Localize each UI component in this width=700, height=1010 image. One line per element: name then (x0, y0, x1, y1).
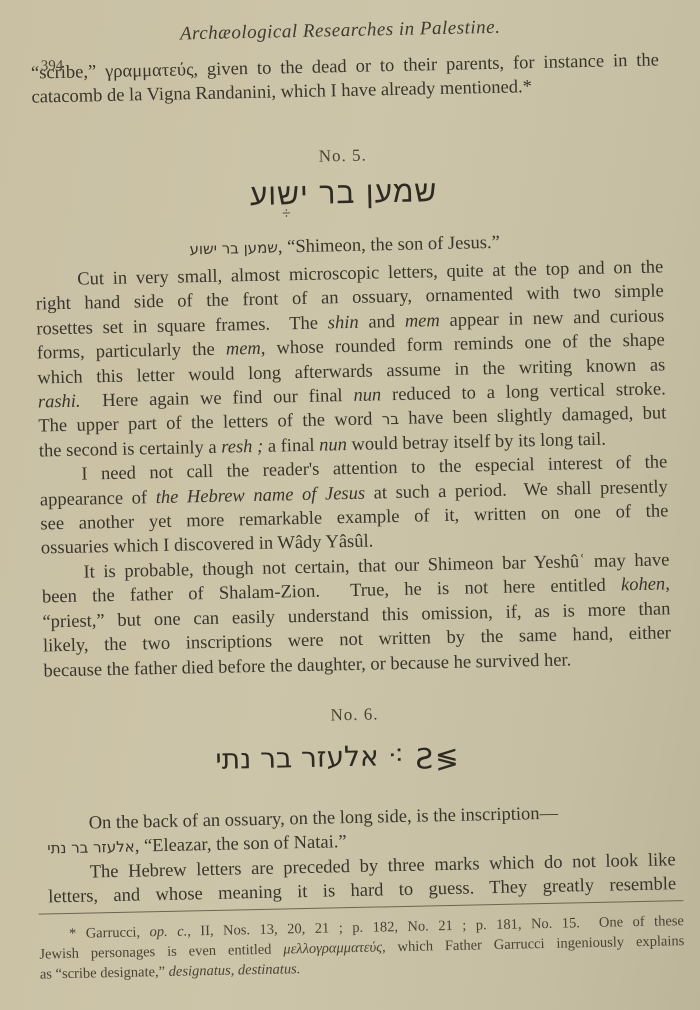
book-page: Archæological Researches in Palestine. 3… (0, 0, 700, 1010)
running-title: Archæological Researches in Palestine. (0, 13, 690, 50)
inscription-no5: שמען בר ישוע (0, 169, 694, 219)
inscription-marks: Ƨ≶ (415, 742, 461, 776)
intro-text: “scribe,” γραμματεύς, given to the dead … (31, 48, 660, 110)
inscription-glyphs: ⁖ אלעזר בר נתי (215, 739, 404, 776)
section-heading-no6: No. 6. (4, 698, 700, 733)
section6-body: On the back of an ossuary, on the long s… (46, 799, 676, 910)
inscription-no6: ⁖ אלעזר בר נתי (215, 739, 404, 776)
caption-hebrew: שמען בר ישוע (189, 238, 278, 258)
section5-body: Cut in very small, almost microscopic le… (35, 255, 672, 683)
caption-text: , “Eleazar, the son of Natai.” (135, 833, 347, 857)
inscription-mark: ÷ (282, 205, 291, 223)
caption-text: , “Shimeon, the son of Jesus.” (278, 233, 500, 258)
footnote: * Garrucci, op. c., II, Nos. 13, 20, 21 … (39, 911, 685, 984)
section-heading-no5: No. 5. (0, 139, 693, 174)
caption-hebrew: אלעזר בר נתי (47, 838, 135, 858)
inscription-glyphs: שמען בר ישוע (250, 174, 438, 213)
